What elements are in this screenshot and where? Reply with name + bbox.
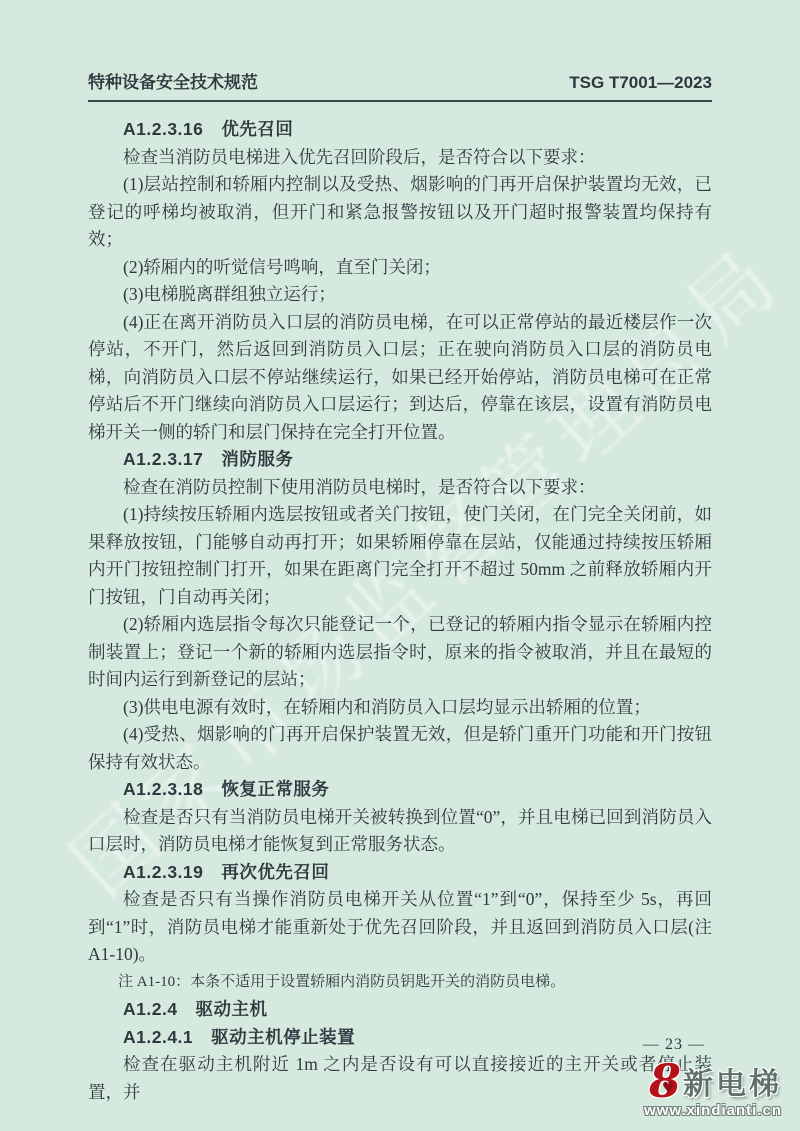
section-heading: A1.2.3.19 再次优先召回 [88, 859, 712, 887]
body-paragraph: 检查是否只有当消防员电梯开关被转换到位置“0”，并且电梯已回到消防员入口层时，消… [88, 804, 712, 859]
section-heading: A1.2.3.17 消防服务 [88, 446, 712, 474]
body-paragraph: (2)轿厢内的听觉信号鸣响，直至门关闭； [88, 254, 712, 282]
page-number: — 23 — [643, 1036, 705, 1054]
body-paragraph: (4)受热、烟影响的门再开启保护装置无效，但是轿门重开门功能和开门按钮保持有效状… [88, 721, 712, 776]
section-heading: A1.2.4.1 驱动主机停止装置 [88, 1024, 712, 1052]
section-heading: A1.2.3.18 恢复正常服务 [88, 776, 712, 804]
body-paragraph: 检查是否只有当操作消防员电梯开关从位置“1”到“0”，保持至少 5s，再回到“1… [88, 886, 712, 969]
body-paragraph: (3)电梯脱离群组独立运行； [88, 281, 712, 309]
page-header: 特种设备安全技术规范 TSG T7001—2023 [88, 68, 712, 102]
heart-icon: ♥ [662, 1081, 675, 1095]
body-paragraph: 检查在驱动主机附近 1m 之内是否设有可以直接接近的主开关或者停止装置，并 [88, 1051, 712, 1106]
xindianti-logo: 8♥ 新电梯 www.xindianti.cn [644, 1061, 782, 1119]
header-document-code: TSG T7001—2023 [569, 73, 712, 93]
body-paragraph: 检查当消防员电梯进入优先召回阶段后，是否符合以下要求： [88, 144, 712, 172]
logo-brand-name: 新电梯 [683, 1069, 782, 1101]
section-heading: A1.2.4 驱动主机 [88, 996, 712, 1024]
body-paragraph: (4)正在离开消防员入口层的消防员电梯，在可以正常停站的最近楼层作一次停站，不开… [88, 309, 712, 447]
header-title: 特种设备安全技术规范 [88, 68, 258, 93]
section-heading: A1.2.3.16 优先召回 [88, 116, 712, 144]
body-paragraph: (1)层站控制和轿厢内控制以及受热、烟影响的门再开启保护装置均无效，已登记的呼梯… [88, 171, 712, 254]
body-paragraph: (3)供电电源有效时，在轿厢内和消防员入口层均显示出轿厢的位置； [88, 694, 712, 722]
logo-8-icon: 8♥ [649, 1061, 681, 1101]
note-line: 注 A1-10：本条不适用于设置轿厢内消防员钥匙开关的消防员电梯。 [88, 969, 712, 997]
document-page: 特种设备安全技术规范 TSG T7001—2023 国家市场监督管理总局 A1.… [0, 0, 800, 1131]
logo-top-row: 8♥ 新电梯 [649, 1061, 782, 1101]
body-paragraph: (1)持续按压轿厢内选层按钮或者关门按钮，使门关闭，在门完全关闭前，如果释放按钮… [88, 501, 712, 611]
body-paragraph: (2)轿厢内选层指令每次只能登记一个，已登记的轿厢内指令显示在轿厢内控制装置上；… [88, 611, 712, 694]
body-paragraph: 检查在消防员控制下使用消防员电梯时，是否符合以下要求： [88, 474, 712, 502]
document-body: A1.2.3.16 优先召回检查当消防员电梯进入优先召回阶段后，是否符合以下要求… [88, 116, 712, 1106]
